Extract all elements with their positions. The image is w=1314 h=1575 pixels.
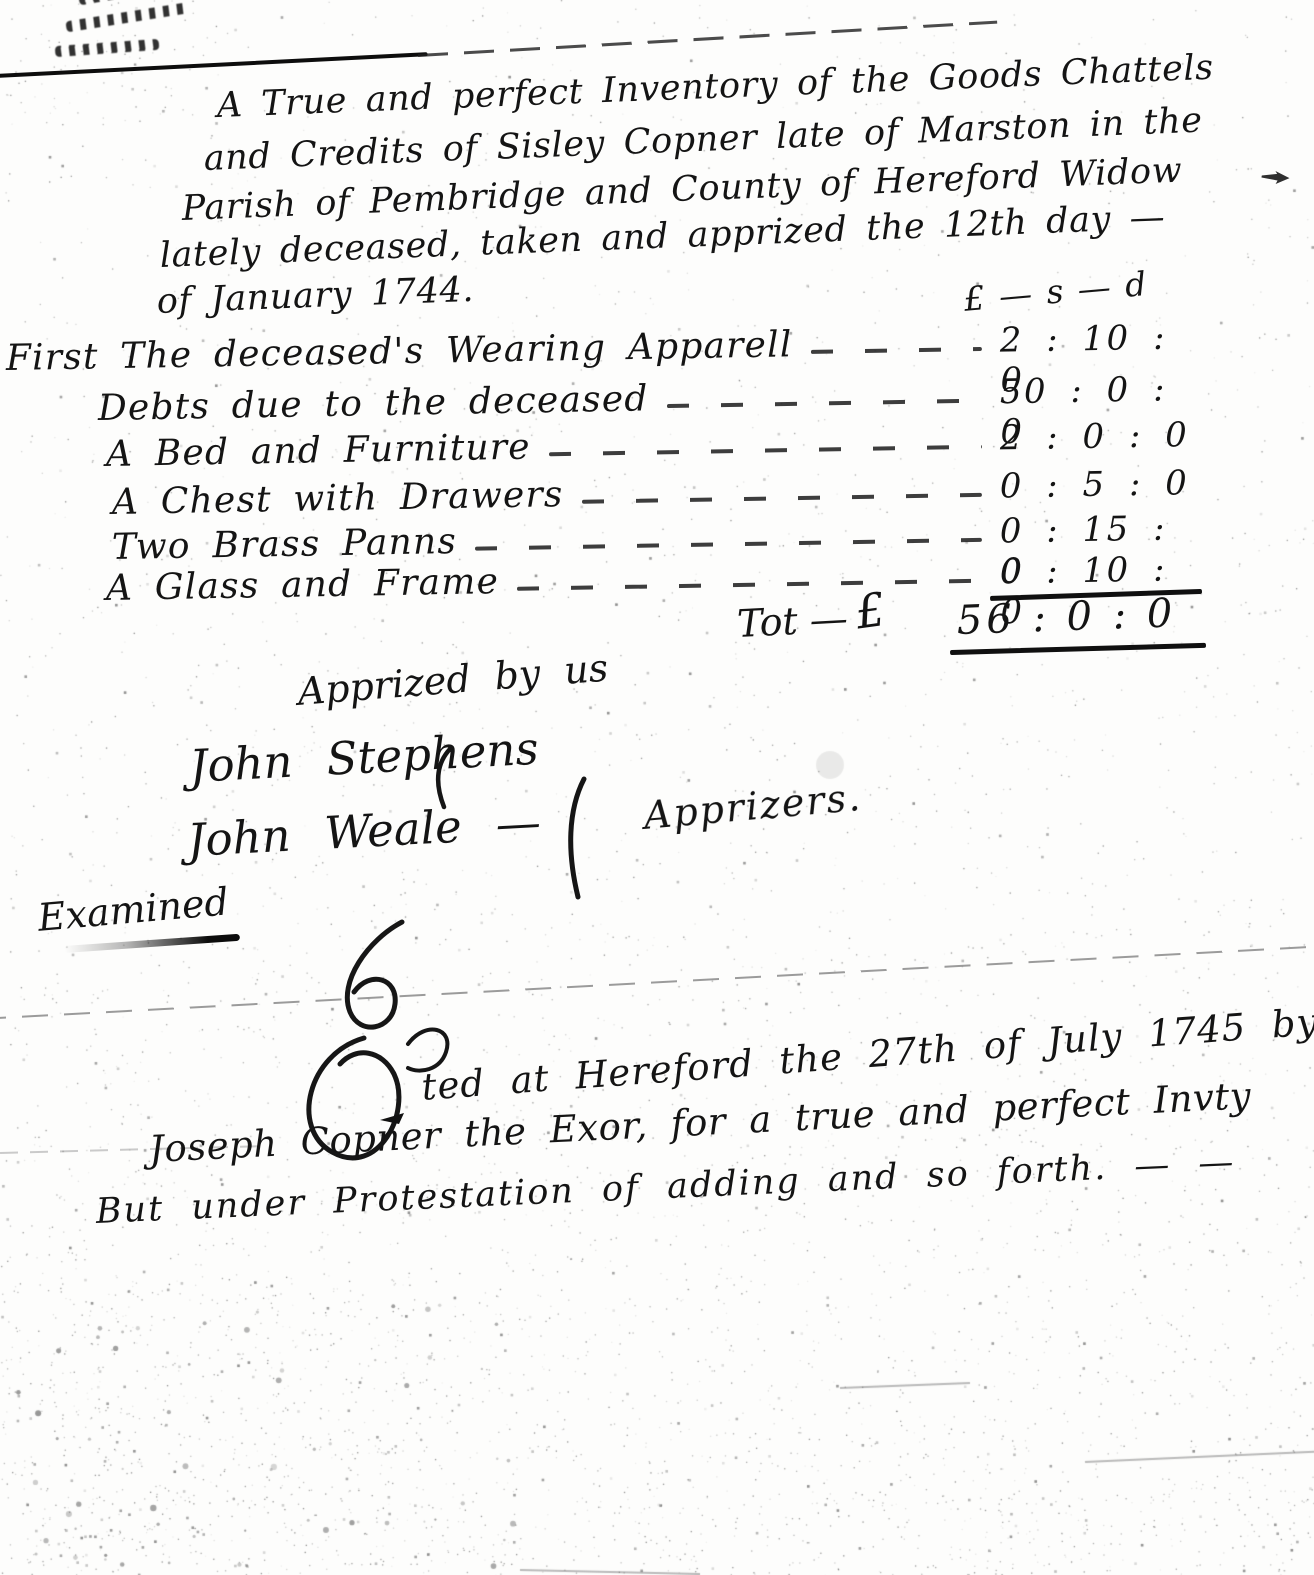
item-label: Debts due to the deceased: [98, 378, 649, 429]
dash-leader: [667, 399, 982, 409]
stamp-mark: [55, 39, 160, 57]
item-label: Two Brass Panns: [112, 521, 458, 568]
brace: [564, 776, 590, 900]
total-label: Tot —: [736, 596, 849, 646]
dash-leader: [517, 579, 982, 591]
total-amount: 56 : 0 : 0: [956, 590, 1177, 644]
scanned-inventory-document: A True and perfect Inventory of the Good…: [0, 0, 1314, 1575]
dash-leader: [549, 445, 982, 457]
item-amount: 0 : 5 : 0: [999, 463, 1205, 507]
stamp-mark: [65, 2, 189, 32]
dash-leader: [475, 538, 982, 551]
item-label: A Glass and Frame: [106, 561, 500, 609]
item-label: A Bed and Furniture: [106, 427, 532, 475]
item-amount: 2 : 0 : 0: [999, 415, 1205, 459]
dash-leader: [811, 347, 982, 354]
item-label: A Chest with Drawers: [112, 474, 564, 523]
dash-leader: [582, 493, 982, 504]
